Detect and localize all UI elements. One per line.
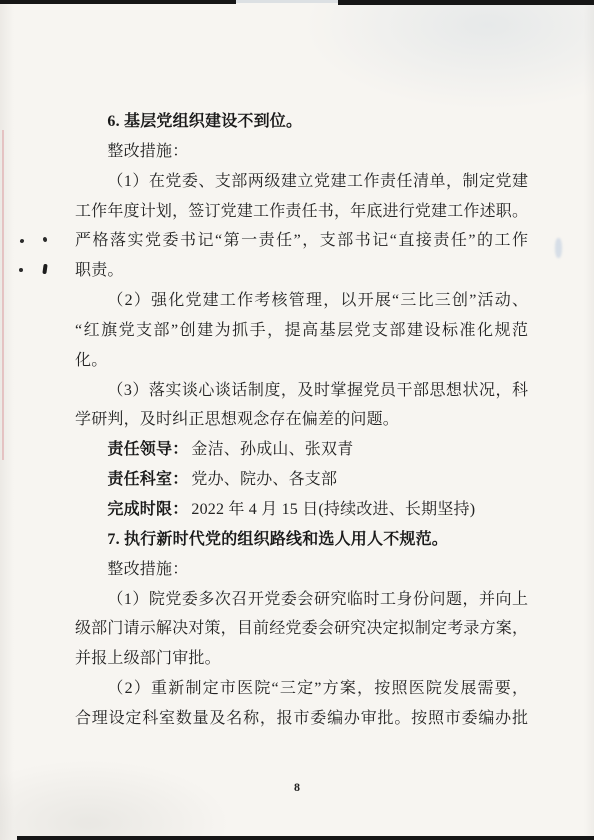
field-label: 完成时限： xyxy=(107,501,188,518)
stray-mark xyxy=(19,268,23,272)
doc-text-line: 责任领导：金洁、孙成山、张双青 xyxy=(75,435,528,465)
doc-heading-line: 7. 执行新时代党的组织路线和选人用人不规范。 xyxy=(75,525,528,555)
doc-text-line: 学研判，及时纠正思想观念存在偏差的问题。 xyxy=(75,405,528,435)
scan-edge-top-left xyxy=(0,0,236,4)
scan-edge-bottom xyxy=(17,836,594,840)
doc-text-line: 级部门请示解决对策，目前经党委会研究决定拟制定考录方案， xyxy=(75,614,528,644)
stray-mark xyxy=(42,264,47,274)
doc-text-line: （2）重新制定市医院“三定”方案，按照医院发展需要， xyxy=(75,674,528,704)
doc-text-line: 并报上级部门审批。 xyxy=(75,644,528,674)
scan-edge-top-right xyxy=(338,0,594,5)
field-label: 责任领导： xyxy=(107,441,188,458)
doc-text-line: 整改措施： xyxy=(75,137,528,167)
field-value: 党办、院办、各支部 xyxy=(191,471,337,488)
doc-text-line: 职责。 xyxy=(75,256,528,286)
doc-text-line: （2）强化党建工作考核管理，以开展“三比三创”活动、 xyxy=(75,286,528,316)
doc-text-line: （3）落实谈心谈话制度，及时掌握党员干部思想状况，科 xyxy=(75,376,528,406)
scan-edge-pink-line xyxy=(2,130,4,460)
doc-text-line: 整改措施： xyxy=(75,555,528,585)
doc-heading-line: 6. 基层党组织建设不到位。 xyxy=(75,107,528,137)
stray-mark xyxy=(19,238,24,243)
field-value: 2022 年 4 月 15 日(持续改进、长期坚持) xyxy=(191,501,475,518)
doc-text-line: （1）院党委多次召开党委会研究临时工身份问题，并向上 xyxy=(75,585,528,615)
scan-edge-top xyxy=(0,0,594,5)
scanned-document-page: 6. 基层党组织建设不到位。整改措施：（1）在党委、支部两级建立党建工作责任清单… xyxy=(0,0,594,840)
document-body: 6. 基层党组织建设不到位。整改措施：（1）在党委、支部两级建立党建工作责任清单… xyxy=(75,107,528,734)
doc-text-line: “红旗党支部”创建为抓手，提高基层党支部建设标准化规范 xyxy=(75,316,528,346)
field-label: 责任科室： xyxy=(107,471,188,488)
field-value: 金洁、孙成山、张双青 xyxy=(191,441,353,458)
doc-text-line: 工作年度计划，签订党建工作责任书，年底进行党建工作述职。 xyxy=(75,197,528,227)
doc-text-line: 化。 xyxy=(75,346,528,376)
stray-mark xyxy=(42,237,47,243)
scan-edge-top-gap xyxy=(236,0,338,3)
doc-text-line: 严格落实党委书记“第一责任”，支部书记“直接责任”的工作 xyxy=(75,226,528,256)
doc-text-line: 完成时限：2022 年 4 月 15 日(持续改进、长期坚持) xyxy=(75,495,528,525)
ink-smudge xyxy=(555,238,562,258)
page-number: 8 xyxy=(0,780,594,795)
doc-text-line: 责任科室：党办、院办、各支部 xyxy=(75,465,528,495)
doc-text-line: （1）在党委、支部两级建立党建工作责任清单，制定党建 xyxy=(75,167,528,197)
doc-text-line: 合理设定科室数量及名称，报市委编办审批。按照市委编办批 xyxy=(75,704,528,734)
